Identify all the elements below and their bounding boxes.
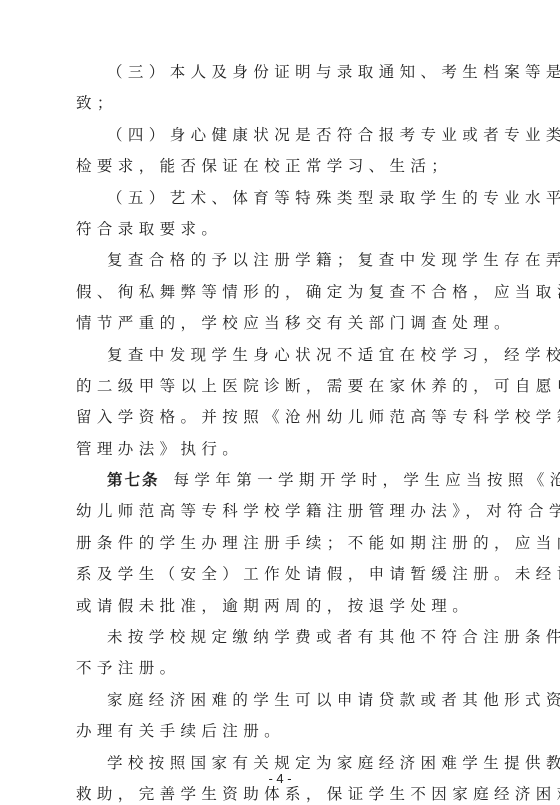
line-text: 检要求，能否保证在校正常学习、生活； [76, 157, 452, 175]
document-body: （三）本人及身份证明与录取通知、考生档案等是否一致；（四）身心健康状况是否符合报… [76, 57, 496, 805]
page-number: - 4 - [0, 771, 560, 786]
line-text: 未按学校规定缴纳学费或者有其他不符合注册条件的， [107, 628, 560, 646]
text-line: 幼儿师范高等专科学校学籍注册管理办法》，对符合学籍注 [76, 496, 496, 527]
line-text: 救助，完善学生资助体系，保证学生不因家庭经济困难而放 [76, 785, 560, 803]
line-text: 情节严重的，学校应当移交有关部门调查处理。 [76, 314, 515, 332]
line-text: （五）艺术、体育等特殊类型录取学生的专业水平是否 [107, 189, 560, 207]
text-line: 的二级甲等以上医院诊断，需要在家休养的，可自愿申请保 [76, 371, 496, 402]
line-text: 留入学资格。并按照《沧州幼儿师范高等专科学校学籍注册 [76, 408, 560, 426]
text-line: 系及学生（安全）工作处请假，申请暂缓注册。未经请假， [76, 559, 496, 590]
text-line: 假、徇私舞弊等情形的，确定为复查不合格，应当取消学籍； [76, 277, 496, 308]
line-text: （三）本人及身份证明与录取通知、考生档案等是否一 [107, 63, 560, 81]
text-line: （五）艺术、体育等特殊类型录取学生的专业水平是否 [76, 183, 496, 214]
line-text: 册条件的学生办理注册手续；不能如期注册的，应当向所在 [76, 534, 560, 552]
line-text: 不予注册。 [76, 659, 181, 677]
text-line: 管理办法》执行。 [76, 434, 496, 465]
text-line: 致； [76, 88, 496, 119]
line-text: 复查合格的予以注册学籍；复查中发现学生存在弄虚作 [107, 251, 560, 269]
line-text: 办理有关手续后注册。 [76, 722, 285, 740]
text-line: 复查中发现学生身心状况不适宜在校学习，经学校指定 [76, 340, 496, 371]
text-line: 复查合格的予以注册学籍；复查中发现学生存在弄虚作 [76, 245, 496, 276]
text-line: （四）身心健康状况是否符合报考专业或者专业类别体 [76, 120, 496, 151]
line-text: 符合录取要求。 [76, 220, 222, 238]
text-line: 册条件的学生办理注册手续；不能如期注册的，应当向所在 [76, 528, 496, 559]
line-text: 的二级甲等以上医院诊断，需要在家休养的，可自愿申请保 [76, 377, 560, 395]
text-line: 办理有关手续后注册。 [76, 716, 496, 747]
text-line: 未按学校规定缴纳学费或者有其他不符合注册条件的， [76, 622, 496, 653]
line-text: 管理办法》执行。 [76, 440, 243, 458]
text-line: 情节严重的，学校应当移交有关部门调查处理。 [76, 308, 496, 339]
text-line: 留入学资格。并按照《沧州幼儿师范高等专科学校学籍注册 [76, 402, 496, 433]
text-line: 第七条每学年第一学期开学时，学生应当按照《沧州 [76, 465, 496, 496]
text-line: 或请假未批准，逾期两周的，按退学处理。 [76, 591, 496, 622]
line-text: 复查中发现学生身心状况不适宜在校学习，经学校指定 [107, 346, 560, 364]
line-text: 学校按照国家有关规定为家庭经济困难学生提供教育 [107, 754, 560, 772]
line-text: 家庭经济困难的学生可以申请贷款或者其他形式资助， [107, 691, 560, 709]
line-text: 每学年第一学期开学时，学生应当按照《沧州 [174, 471, 560, 489]
text-line: 不予注册。 [76, 653, 496, 684]
line-text: 系及学生（安全）工作处请假，申请暂缓注册。未经请假， [76, 565, 560, 583]
line-text: 幼儿师范高等专科学校学籍注册管理办法》，对符合学籍注 [76, 502, 560, 520]
text-line: 家庭经济困难的学生可以申请贷款或者其他形式资助， [76, 685, 496, 716]
text-line: （三）本人及身份证明与录取通知、考生档案等是否一 [76, 57, 496, 88]
document-page: （三）本人及身份证明与录取通知、考生档案等是否一致；（四）身心健康状况是否符合报… [0, 0, 560, 805]
article-heading: 第七条 [107, 471, 160, 489]
text-line: 符合录取要求。 [76, 214, 496, 245]
line-text: 或请假未批准，逾期两周的，按退学处理。 [76, 597, 473, 615]
line-text: 致； [76, 94, 118, 112]
line-text: 假、徇私舞弊等情形的，确定为复查不合格，应当取消学籍； [76, 283, 560, 301]
line-text: （四）身心健康状况是否符合报考专业或者专业类别体 [107, 126, 560, 144]
text-line: 检要求，能否保证在校正常学习、生活； [76, 151, 496, 182]
